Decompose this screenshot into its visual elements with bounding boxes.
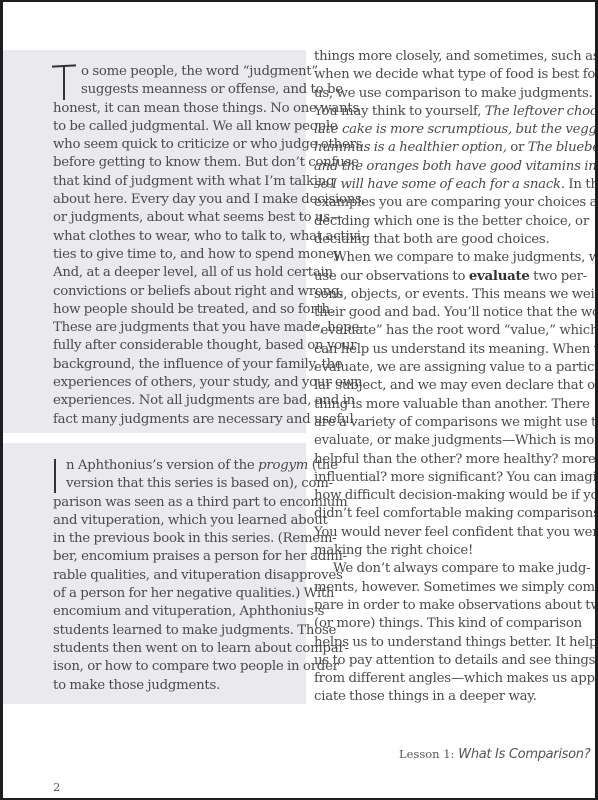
text-line: us to pay attention to details and see t…	[314, 652, 564, 670]
text-line: making the right choice!	[314, 542, 564, 560]
lesson-title: What Is Comparison?	[458, 747, 590, 762]
text-line: suggests meanness or offense, and to be	[53, 81, 298, 99]
text-line: from different angles—which makes us app…	[314, 670, 564, 688]
text-line: students then went on to learn about com…	[53, 640, 298, 658]
text-line: helps us to understand things better. It…	[314, 634, 564, 652]
text-line: ties to give time to, and how to spend m…	[53, 246, 298, 264]
text-line: convictions or beliefs about right and w…	[53, 283, 298, 301]
text-line: influential? more significant? You can i…	[314, 469, 564, 487]
sidebar-box-text: o some people, the word “judgment” sugge…	[53, 63, 298, 429]
text-line: o some people, the word “judgment”	[53, 63, 298, 81]
text-line: fully after considerable thought, based …	[53, 337, 298, 355]
text-line: version that this series is based on), c…	[53, 475, 298, 493]
text-line: fact many judgments are necessary and us…	[53, 411, 298, 429]
text-line: what clothes to wear, who to talk to, wh…	[53, 228, 298, 246]
text-line: rable qualities, and vituperation disapp…	[53, 567, 298, 585]
text-line: deciding that both are good choices.	[314, 231, 564, 249]
text-line: of a person for her negative qualities.)…	[53, 585, 298, 603]
drop-cap-t	[52, 65, 77, 99]
text-line: When we compare to make judgments, we	[314, 249, 564, 267]
text-line: students learned to make judgments. Thos…	[53, 622, 298, 640]
text-line: helpful than the other? more healthy? mo…	[314, 451, 564, 469]
text-line: sons, objects, or events. This means we …	[314, 286, 564, 304]
text-line: honest, it can mean those things. No one…	[53, 100, 298, 118]
text-line: ber, encomium praises a person for her a…	[53, 548, 298, 566]
text-line: evaluate, or make judgments—Which is mor…	[314, 432, 564, 450]
text-line: hummus is a healthier option, or The blu…	[314, 139, 564, 157]
text-line: can help us understand its meaning. When…	[314, 341, 564, 359]
text-line: in the previous book in this series. (Re…	[53, 530, 298, 548]
text-line: before getting to know them. But don’t c…	[53, 154, 298, 172]
text-line: We don’t always compare to make judg-	[314, 560, 564, 578]
text-line: background, the influence of your family…	[53, 356, 298, 374]
text-line: who seem quick to criticize or who judge…	[53, 136, 298, 154]
text-line: pare in order to make observations about…	[314, 597, 564, 615]
text-line: things more closely, and sometimes, such…	[314, 48, 564, 66]
text-line: deciding which one is the better choice,…	[314, 213, 564, 231]
sidebar-box-text: n Aphthonius’s version of the progym (th…	[53, 457, 298, 695]
text-line: evaluate, we are assigning value to a pa…	[314, 359, 564, 377]
text-line: (or more) things. This kind of compariso…	[314, 615, 564, 633]
text-line: You would never feel confident that you …	[314, 524, 564, 542]
text-line: These are judgments that you have made, …	[53, 319, 298, 337]
text-line: and vituperation, which you learned abou…	[53, 512, 298, 530]
keyword-evaluate: evaluate	[469, 269, 530, 284]
text-line: how people should be treated, and so for…	[53, 301, 298, 319]
text-line: “evaluate” has the root word “value,” wh…	[314, 322, 564, 340]
text-line: are a variety of comparisons we might us…	[314, 414, 564, 432]
text-line: about here. Every day you and I make dec…	[53, 191, 298, 209]
text-line: experiences. Not all judgments are bad, …	[53, 392, 298, 410]
text-line: thing is more valuable than another. The…	[314, 396, 564, 414]
text-line: when we decide what type of food is best…	[314, 66, 564, 84]
emphasis-progym: progym	[258, 458, 308, 473]
text-line: encomium and vituperation, Aphthonius’s	[53, 603, 298, 621]
sidebar-box-judgment: o some people, the word “judgment” sugge…	[0, 50, 306, 433]
text-line: ison, or how to compare two people in or…	[53, 658, 298, 676]
text-line: lar subject, and we may even declare tha…	[314, 377, 564, 395]
text-line: ments, however. Sometimes we simply com-	[314, 579, 564, 597]
text-line: examples you are comparing your choices …	[314, 194, 564, 212]
text-line: ciate those things in a deeper way.	[314, 688, 564, 706]
paragraph-2: When we compare to make judgments, we us…	[314, 249, 564, 560]
page-number: 2	[53, 780, 60, 794]
text-line: experiences of others, your study, and y…	[53, 374, 298, 392]
text-line: their good and bad. You’ll notice that t…	[314, 304, 564, 322]
text-line: n Aphthonius’s version of the progym (th…	[53, 457, 298, 475]
drop-cap-i	[53, 459, 61, 493]
text-line: so I will have some of each for a snack.…	[314, 176, 564, 194]
text-line: how difficult decision-making would be i…	[314, 487, 564, 505]
main-text-column: things more closely, and sometimes, such…	[314, 48, 564, 707]
text-line: us, we use comparison to make judgments.	[314, 85, 564, 103]
text-line: use our observations to evaluate two per…	[314, 268, 564, 286]
text-line: to make those judgments.	[53, 677, 298, 695]
text-line: to be called judgmental. We all know peo…	[53, 118, 298, 136]
text-line: You may think to yourself, The leftover …	[314, 103, 564, 121]
text-line: didn’t feel comfortable making compariso…	[314, 505, 564, 523]
text-line: parison was seen as a third part to enco…	[53, 494, 298, 512]
text-line: and the oranges both have good vitamins …	[314, 158, 564, 176]
paragraph-3: We don’t always compare to make judg- me…	[314, 560, 564, 706]
text-line: or judgments, about what seems best to u…	[53, 209, 298, 227]
text-line: late cake is more scrumptious, but the v…	[314, 121, 564, 139]
paragraph-1: things more closely, and sometimes, such…	[314, 48, 564, 249]
running-footer: Lesson 1: What Is Comparison?	[399, 747, 590, 762]
text-line: that kind of judgment with what I’m talk…	[53, 173, 298, 191]
sidebar-box-aphthonius: n Aphthonius’s version of the progym (th…	[0, 443, 306, 704]
text-line: And, at a deeper level, all of us hold c…	[53, 264, 298, 282]
lesson-label: Lesson 1:	[399, 747, 454, 761]
